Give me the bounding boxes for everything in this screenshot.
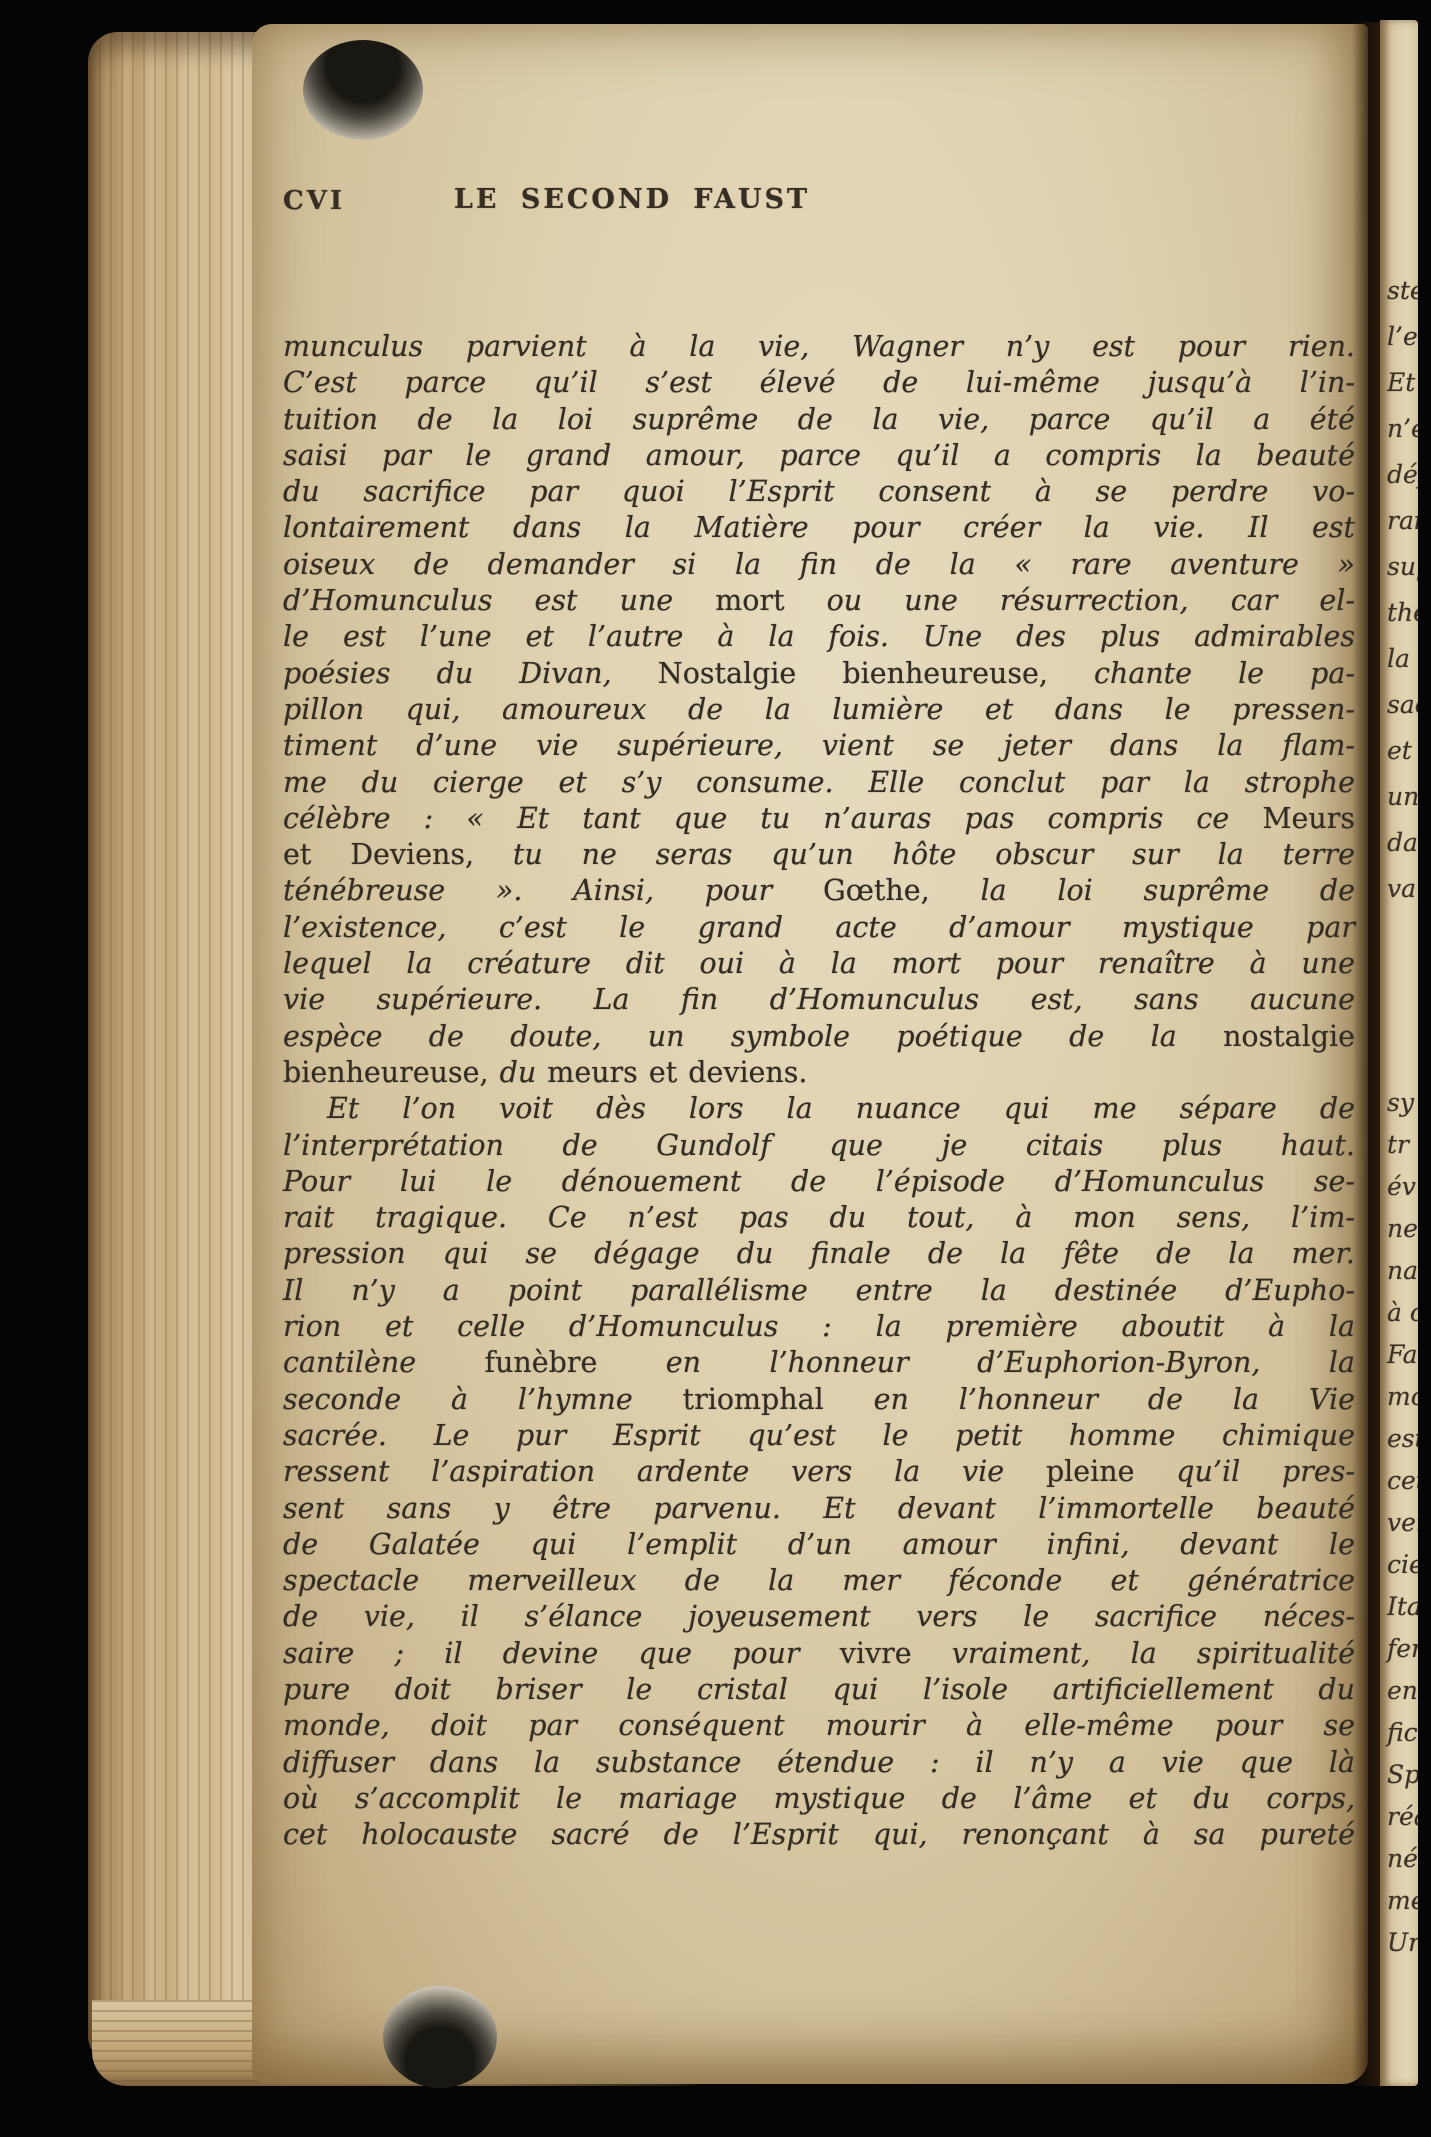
text-line: monde, doit par conséquent mourir à elle… [283, 1709, 1355, 1745]
opposite-page-text-fragment: nar [1387, 1250, 1418, 1292]
opposite-page-text-fragment: l’exist [1387, 314, 1418, 360]
page-stack-left-edge [88, 32, 278, 2062]
text-line: l’interprétation de Gundolf que je citai… [283, 1129, 1355, 1165]
text-line: timent d’une vie supérieure, vient se je… [283, 729, 1355, 765]
opposite-page-text-fragment: suprê [1387, 544, 1418, 590]
opposite-page-top-fragments: stérilel’existEt cen’estdéfaitrait dsupr… [1387, 268, 1418, 912]
text-line: du sacrifice par quoi l’Esprit consent à… [283, 475, 1355, 511]
opposite-page-text-fragment: Et ce [1387, 360, 1418, 406]
gutter-shadow [1352, 22, 1380, 2086]
text-line: d’Homunculus est une mort ou une résurre… [283, 584, 1355, 620]
text-line: pression qui se dégage du finale de la f… [283, 1237, 1355, 1273]
opposite-page-text-fragment: Un [1387, 1922, 1418, 1964]
opposite-page-text-fragment: réal [1387, 1796, 1418, 1838]
text-line: pillon qui, amoureux de la lumière et da… [283, 693, 1355, 729]
text-line: rait tragique. Ce n’est pas du tout, à m… [283, 1201, 1355, 1237]
opposite-page-text-fragment: sacrif [1387, 682, 1418, 728]
opposite-page-text-fragment: à c [1387, 1292, 1418, 1334]
opposite-page-text-fragment: sy [1387, 1082, 1418, 1124]
opposite-page-text-fragment: Fau [1387, 1334, 1418, 1376]
opposite-page-edge: stérilel’existEt cen’estdéfaitrait dsupr… [1380, 20, 1418, 2086]
opposite-page-text-fragment: mét [1387, 1880, 1418, 1922]
text-line: cantilène funèbre en l’honneur d’Euphori… [283, 1346, 1355, 1382]
opposite-page-text-fragment: mor [1387, 1376, 1418, 1418]
opposite-page-text-fragment: vers [1387, 1502, 1418, 1544]
book-scan: CVI LE SECOND FAUST munculus parvient à … [0, 0, 1431, 2137]
text-line: bienheureuse, du meurs et deviens. [283, 1056, 1355, 1092]
text-line: où s’accomplit le mariage mystique de l’… [283, 1782, 1355, 1818]
text-line: Pour lui le dénouement de l’épisode d’Ho… [283, 1165, 1355, 1201]
opposite-page-text-fragment: ne [1387, 1208, 1418, 1250]
text-block: munculus parvient à la vie, Wagner n’y e… [283, 330, 1355, 1854]
text-line: ressent l’aspiration ardente vers la vie… [283, 1455, 1355, 1491]
text-line: Et l’on voit dès lors la nuance qui me s… [283, 1092, 1355, 1128]
opposite-page-text-fragment: enc [1387, 1670, 1418, 1712]
text-line: lequel la créature dit oui à la mort pou… [283, 947, 1355, 983]
text-line: munculus parvient à la vie, Wagner n’y e… [283, 330, 1355, 366]
text-line: saisi par le grand amour, parce qu’il a … [283, 439, 1355, 475]
page-number: CVI [283, 186, 345, 216]
running-title: LE SECOND FAUST [454, 184, 810, 215]
text-line: de Galatée qui l’emplit d’un amour infin… [283, 1528, 1355, 1564]
text-line: espèce de doute, un symbole poétique de … [283, 1020, 1355, 1056]
opposite-page-bottom-fragments: sytrévnenarà cFaumorestcettverscienItalf… [1387, 1082, 1418, 1964]
opposite-page-text-fragment: défait [1387, 452, 1418, 498]
text-line: le est l’une et l’autre à la fois. Une d… [283, 620, 1355, 656]
opposite-page-text-fragment: Spa [1387, 1754, 1418, 1796]
opposite-page-text-fragment: cett [1387, 1460, 1418, 1502]
opposite-page-text-fragment: év [1387, 1166, 1418, 1208]
opposite-page-text-fragment: fen [1387, 1628, 1418, 1670]
opposite-page-text-fragment: rait d [1387, 498, 1418, 544]
text-line: me du cierge et s’y consume. Elle conclu… [283, 766, 1355, 802]
text-line: oiseux de demander si la fin de la « rar… [283, 548, 1355, 584]
text-line: célèbre : « Et tant que tu n’auras pas c… [283, 802, 1355, 838]
opposite-page-text-fragment: the : [1387, 590, 1418, 636]
text-line: poésies du Divan, Nostalgie bienheureuse… [283, 657, 1355, 693]
opposite-page-text-fragment: est [1387, 1418, 1418, 1460]
opposite-page-text-fragment: Ital [1387, 1586, 1418, 1628]
text-line: pure doit briser le cristal qui l’isole … [283, 1673, 1355, 1709]
text-line: tuition de la loi suprême de la vie, par… [283, 403, 1355, 439]
text-line: C’est parce qu’il s’est élevé de lui-mêm… [283, 366, 1355, 402]
opposite-page-text-fragment: tr [1387, 1124, 1418, 1166]
text-line: sent sans y être parvenu. Et devant l’im… [283, 1492, 1355, 1528]
text-line: saire ; il devine que pour vivre vraimen… [283, 1637, 1355, 1673]
text-line: ténébreuse ». Ainsi, pour Gœthe, la loi … [283, 874, 1355, 910]
opposite-page-text-fragment: la mo [1387, 636, 1418, 682]
text-line: rion et celle d’Homunculus : la première… [283, 1310, 1355, 1346]
opposite-page-text-fragment: cien [1387, 1544, 1418, 1586]
opposite-page-text-fragment: dans [1387, 820, 1418, 866]
text-line: sacrée. Le pur Esprit qu’est le petit ho… [283, 1419, 1355, 1455]
text-line: l’existence, c’est le grand acte d’amour… [283, 911, 1355, 947]
opposite-page-text-fragment: stérile [1387, 268, 1418, 314]
text-line: spectacle merveilleux de la mer féconde … [283, 1564, 1355, 1600]
text-line: seconde à l’hymne triomphal en l’honneur… [283, 1383, 1355, 1419]
opposite-page-text-fragment: et en [1387, 728, 1418, 774]
page-curl-top [303, 40, 423, 140]
opposite-page-text-fragment: fice [1387, 1712, 1418, 1754]
text-line: Il n’y a point parallélisme entre la des… [283, 1274, 1355, 1310]
opposite-page-text-fragment: née, [1387, 1838, 1418, 1880]
opposite-page-text-fragment: n’est [1387, 406, 1418, 452]
text-line: de vie, il s’élance joyeusement vers le … [283, 1600, 1355, 1636]
page-curl-bottom [383, 1986, 497, 2088]
text-line: et Deviens, tu ne seras qu’un hôte obscu… [283, 838, 1355, 874]
opposite-page-text-fragment: un co [1387, 774, 1418, 820]
text-line: lontairement dans la Matière pour créer … [283, 511, 1355, 547]
text-line: vie supérieure. La fin d’Homunculus est,… [283, 983, 1355, 1019]
text-line: diffuser dans la substance étendue : il … [283, 1746, 1355, 1782]
text-line: cet holocauste sacré de l’Esprit qui, re… [283, 1818, 1355, 1854]
opposite-page-text-fragment: vant [1387, 866, 1418, 912]
